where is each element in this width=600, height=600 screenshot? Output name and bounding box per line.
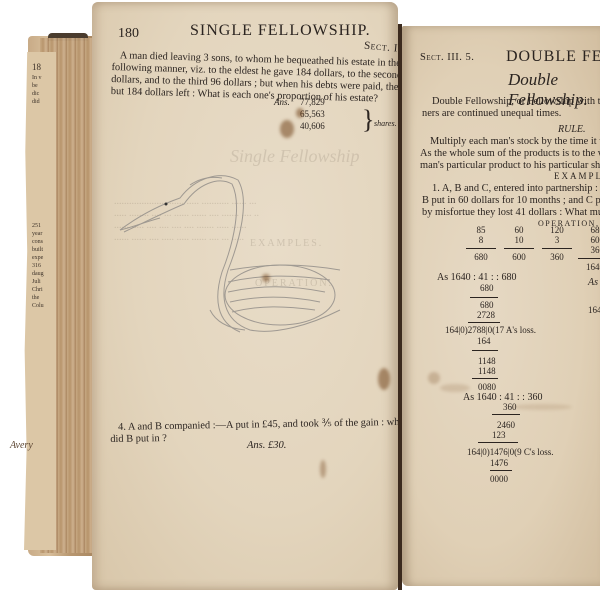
- page-number: 180: [118, 26, 139, 42]
- stain: [262, 274, 270, 282]
- calc-b-division: 164: [588, 305, 600, 315]
- divider: [492, 414, 520, 415]
- rule-text: Multiply each man's stock by the time it…: [420, 136, 600, 172]
- calc-c-remainder: 0000: [490, 474, 508, 484]
- product-c: 1203 360: [546, 225, 568, 262]
- calc-a-step: 1148: [478, 356, 496, 366]
- divider: [472, 350, 498, 351]
- calc-a-partial: 680: [480, 300, 494, 310]
- handwritten-signature: Avery: [10, 440, 33, 451]
- stain: [428, 372, 440, 384]
- stain: [296, 108, 304, 118]
- calc-a-multiplier: 680: [480, 283, 494, 293]
- calc-a-division: 164|0)2788|0(17 A's loss.: [445, 325, 536, 335]
- divider: [472, 378, 498, 379]
- stain: [378, 368, 390, 390]
- intro-paragraph: Double Fellowship, or Fellowship with ti…: [422, 96, 600, 120]
- proportion-b: As: [588, 277, 598, 288]
- example-1: 1. A, B and C, entered into partnership …: [422, 183, 600, 219]
- stain: [280, 120, 294, 138]
- product-b: 6010 600: [508, 225, 530, 262]
- running-title: SINGLE FELLOWSHIP.: [190, 22, 371, 40]
- divider: [478, 442, 518, 443]
- divider: [470, 297, 498, 298]
- problem-3: A man died leaving 3 sons, to whom he be…: [111, 50, 402, 106]
- proportion-a: As 1640 : 41 : : 680: [437, 272, 516, 283]
- divider: [490, 470, 512, 471]
- bleed-through-title: Single Fellowship: [230, 150, 360, 162]
- calc-a-step: 1148: [478, 366, 496, 376]
- stain: [512, 404, 572, 410]
- calc-a-step: 164: [477, 336, 491, 346]
- product-a: 858 680: [470, 225, 492, 262]
- stain: [440, 384, 470, 392]
- calc-a-remainder: 0080: [478, 382, 496, 392]
- stain: [320, 460, 326, 478]
- section-label: Sect. III. 5.: [420, 52, 474, 63]
- swan-sketch: [110, 170, 350, 350]
- rule-heading: RULE.: [558, 124, 586, 135]
- running-title: DOUBLE FELLOWSHIP.: [506, 48, 600, 66]
- sum-column: 680600 360 1640: [582, 225, 600, 272]
- calc-c-partial: 2460: [497, 420, 515, 430]
- torn-leaf-text: 18 In vbe dicdid 251year consbuilt expe3…: [32, 60, 54, 310]
- examples-heading: EXAMPLES.: [554, 171, 600, 181]
- calc-c-division: 164|0)1476|0(9 C's loss.: [467, 447, 553, 457]
- calc-c-step: 1476: [490, 458, 508, 468]
- divider: [468, 322, 500, 323]
- calc-a-partial: 2728: [477, 310, 495, 320]
- problem-4-answer: Ans. £30.: [247, 440, 286, 451]
- calc-c-partial: 123: [492, 430, 506, 440]
